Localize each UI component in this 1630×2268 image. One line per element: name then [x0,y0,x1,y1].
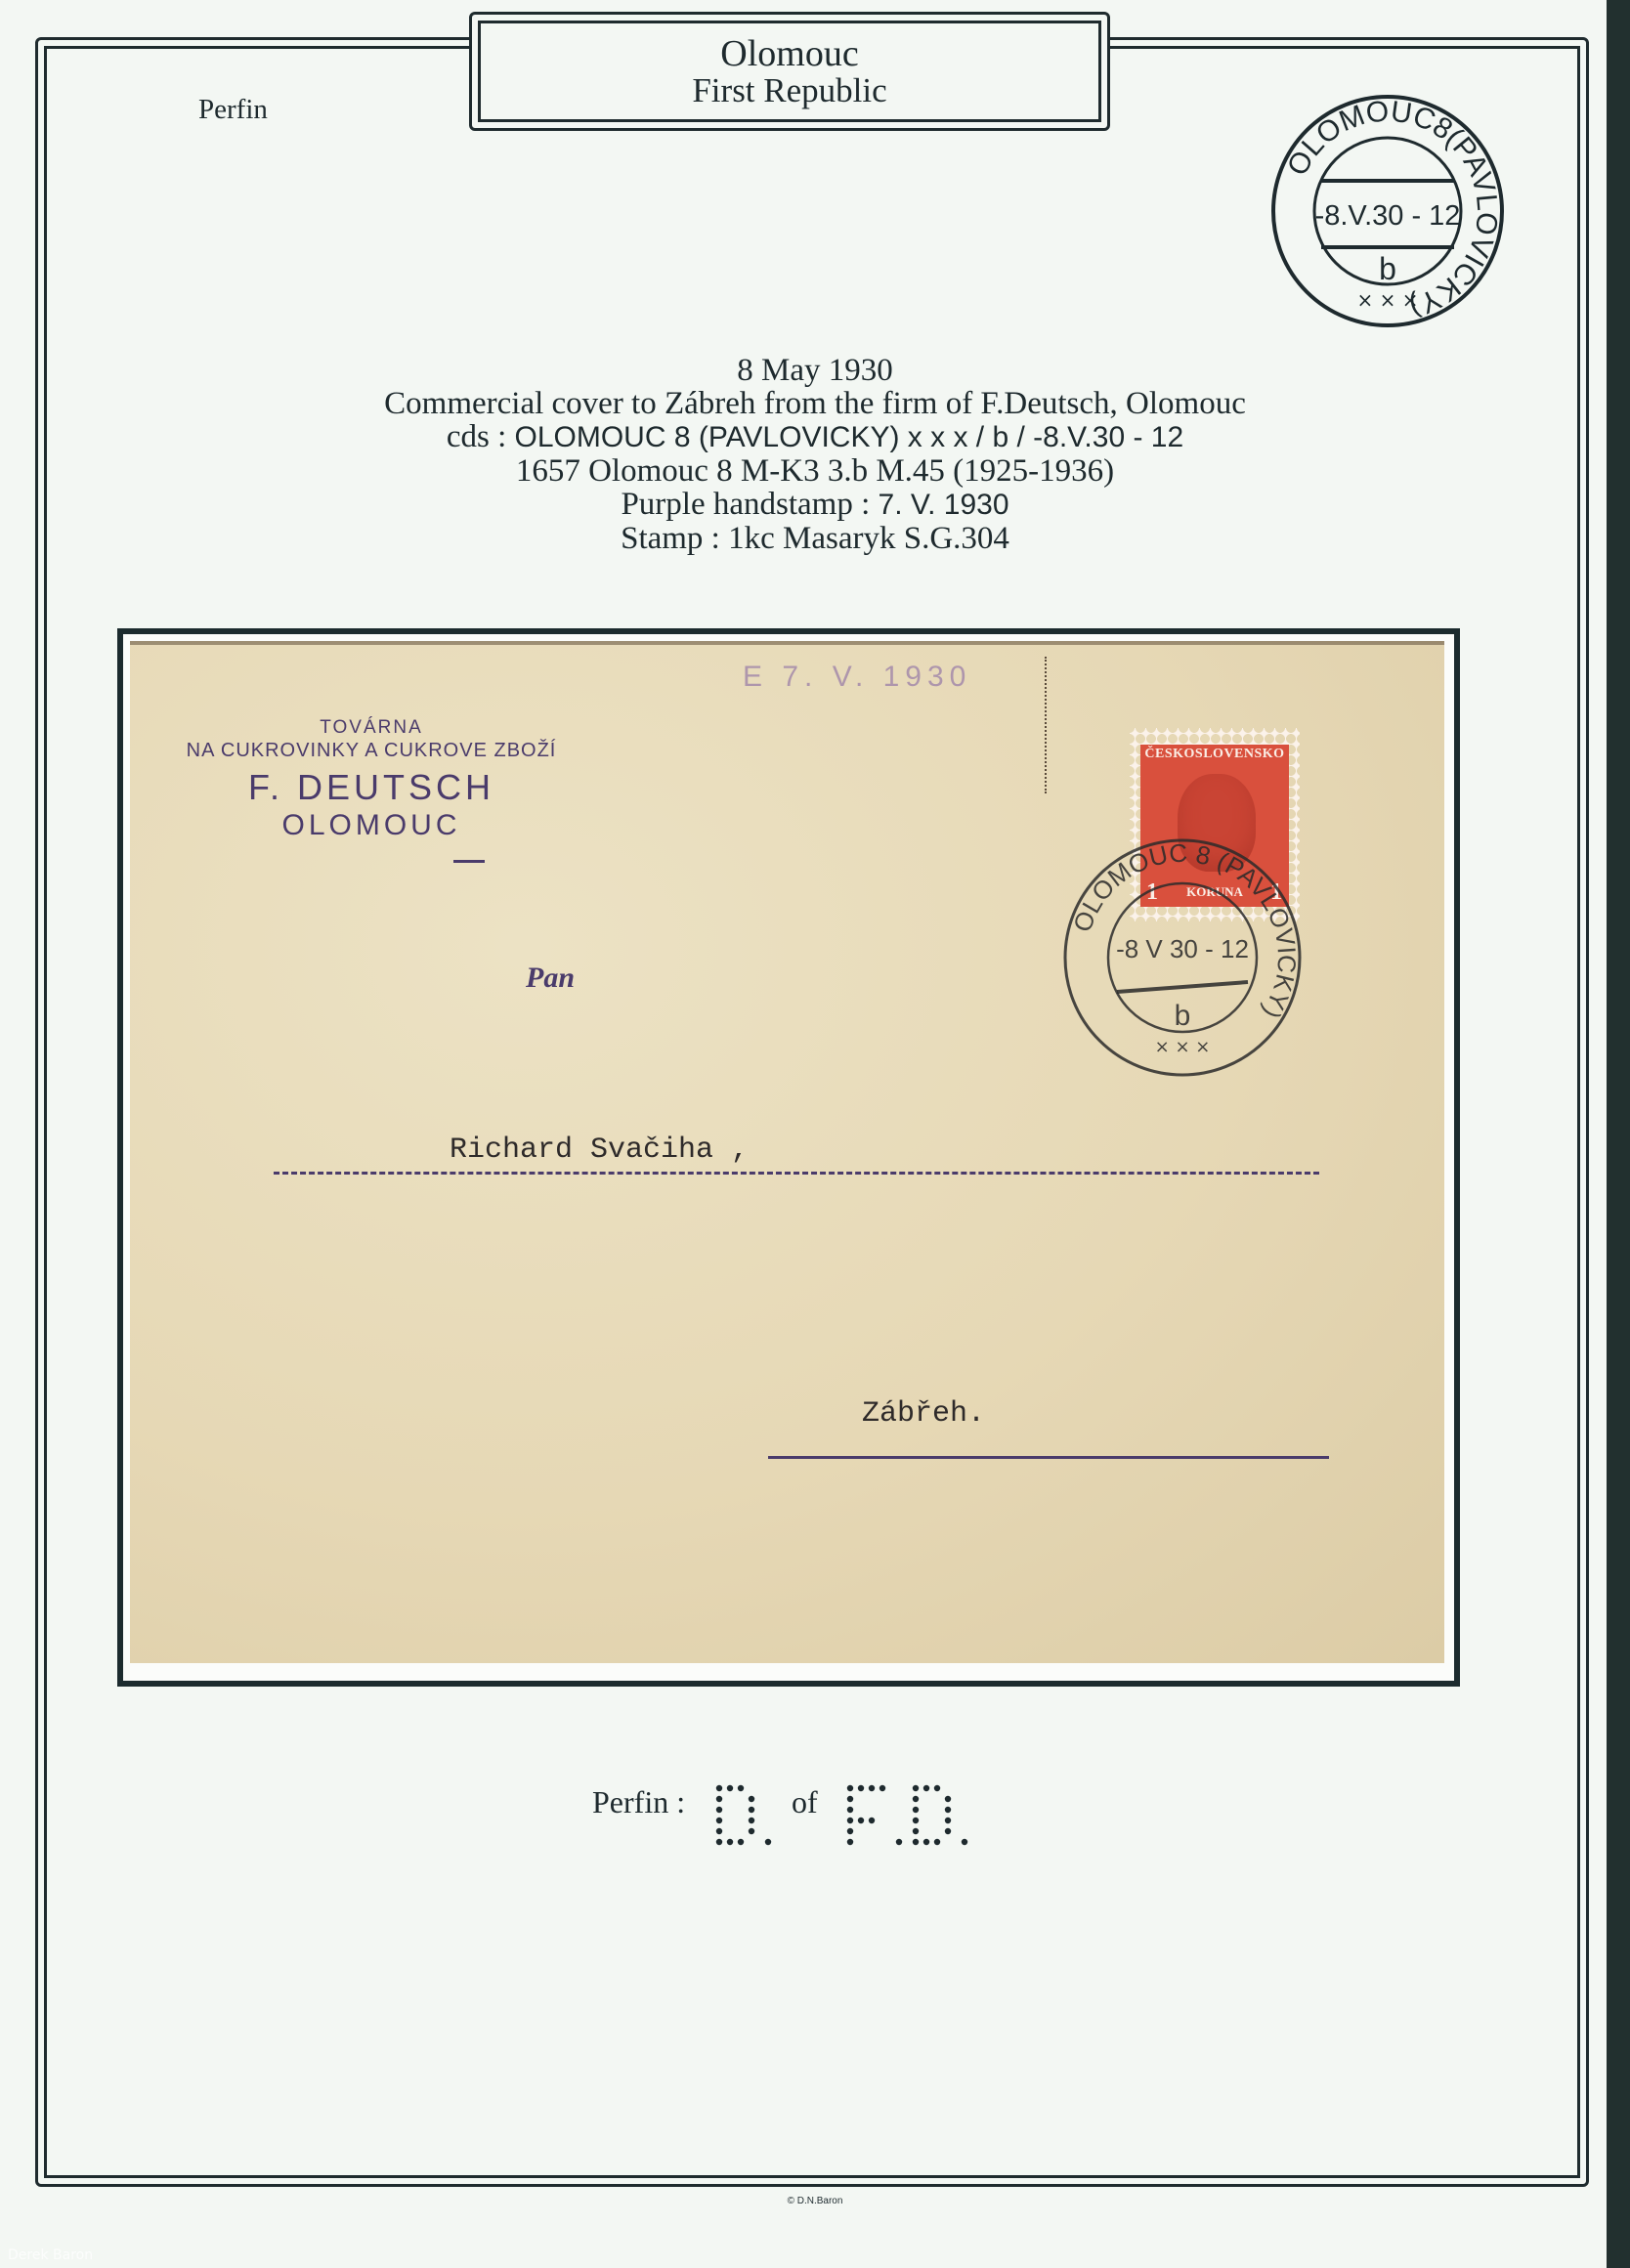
cds-value: OLOMOUC 8 (PAVLOVICKY) x x x / b / -8.V.… [515,421,1184,453]
cover-summary: Commercial cover to Zábreh from the firm… [0,387,1630,420]
postmark-icon: OLOMOUC8(PAVLOVICKY) -8.V.30 - 12 b × × … [1270,94,1505,328]
stamp-line: Stamp : 1kc Masaryk S.G.304 [0,522,1630,555]
cancellation-postmark-icon: OLOMOUC 8 (PAVLOVICKY) -8 V 30 - 12 b × … [1060,835,1305,1080]
perfin-caption: Perfin : [592,1784,685,1820]
letterhead-firm: F. DEUTSCH [0,767,743,808]
svg-text:OLOMOUC 8 (PAVLOVICKY): OLOMOUC 8 (PAVLOVICKY) [1067,838,1302,1024]
svg-text:b: b [1379,251,1396,286]
handstamp-value: 7. V. 1930 [879,489,1009,521]
svg-text:× × ×: × × × [1357,288,1419,312]
header-title-box: Olomouc First Republic [478,21,1101,122]
perfin-pattern-icon [713,1780,1007,1859]
perfin-of: of [792,1784,818,1820]
svg-text:-8.V.30 - 12: -8.V.30 - 12 [1315,200,1461,232]
watermark-text: Derek Baron [8,2247,93,2263]
recipient-name: Richard Svačiha , [450,1134,749,1167]
address-line-2 [768,1456,1329,1459]
perfin-label: Perfin : [592,1784,685,1819]
envelope-top-edge [130,641,1444,645]
address-line-1 [274,1172,1319,1175]
svg-text:-8 V 30 - 12: -8 V 30 - 12 [1116,934,1249,963]
svg-text:× × ×: × × × [1155,1037,1211,1057]
stamp-country: ČESKOSLOVENSKO [1140,747,1289,762]
cds-line: cds : OLOMOUC 8 (PAVLOVICKY) x x x / b /… [0,420,1630,454]
address-guide-mark [1045,657,1047,793]
section-label: Perfin [198,94,268,126]
letterhead-line1: TOVÁRNA [0,717,743,739]
letterhead-city: OLOMOUC [0,809,743,842]
scan-edge-strip [1607,0,1630,2268]
destination-town: Zábřeh. [862,1397,985,1431]
cover-date: 8 May 1930 [0,354,1630,387]
salutation: Pan [526,962,575,995]
page-title: Olomouc [720,35,858,73]
cancel-ring-text: OLOMOUC 8 (PAVLOVICKY) [1067,838,1302,1024]
letterhead-line2: NA CUKROVINKY A CUKROVE ZBOŽÍ [0,740,743,762]
handstamp-line: Purple handstamp : 7. V. 1930 [0,488,1630,522]
page-subtitle: First Republic [692,73,886,108]
cover-description: 8 May 1930 Commercial cover to Zábreh fr… [0,354,1630,555]
letterhead-dash [453,860,485,863]
purple-handstamp: E 7. V. 1930 [743,661,971,694]
catalogue-line: 1657 Olomouc 8 M-K3 3.b M.45 (1925-1936) [0,454,1630,488]
copyright-text: © D.N.Baron [0,2196,1630,2206]
svg-text:b: b [1175,1000,1191,1032]
